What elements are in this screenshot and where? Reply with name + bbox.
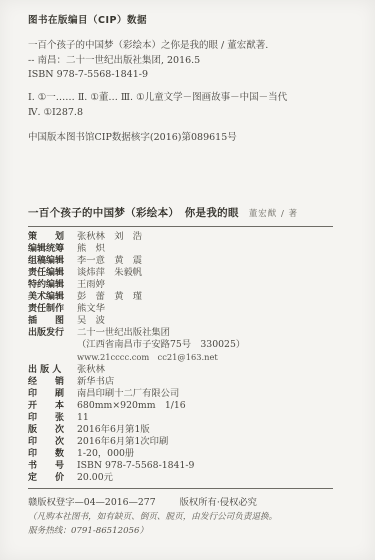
credit-value: 熊文华 xyxy=(77,303,105,315)
credit-label: 出 版 人 xyxy=(28,364,72,376)
credits-row: 美术编辑彭 蕾 黄 瑾 xyxy=(28,291,355,303)
credits-row: 出 版 人张秋林 xyxy=(28,364,355,376)
credit-label: 组稿编辑 xyxy=(28,255,72,267)
copyright-notice: 版权所有·侵权必究 xyxy=(180,497,257,508)
credit-value: 1-20，000册 xyxy=(77,448,134,460)
credits-row: 编辑统筹熊 炽 xyxy=(28,243,355,255)
credit-label: 版 次 xyxy=(28,424,72,436)
cip-classification: Ⅰ. ①一…… Ⅱ. ①董… Ⅲ. ①儿童文学－图画故事－中国－当代 Ⅳ. ①I… xyxy=(28,91,345,120)
credits-row: 印 刷南昌印刷十二厂有限公司 xyxy=(28,388,355,400)
credit-label: 编辑统筹 xyxy=(28,243,72,255)
book-author: 董宏猷 / 著 xyxy=(249,209,298,219)
classification-line1: Ⅰ. ①一…… Ⅱ. ①董… Ⅲ. ①儿童文学－图画故事－中国－当代 xyxy=(28,91,345,106)
credits-row: 策 划张秋林 刘 浩 xyxy=(28,231,355,243)
credit-label: 经 销 xyxy=(28,376,72,388)
isbn-value: ISBN 978-7-5568-1841-9 xyxy=(77,460,194,472)
credit-label: 书 号 xyxy=(28,460,72,472)
footer-registration-line: 赣版权登字—04—2016—277版权所有·侵权必究 xyxy=(28,494,355,508)
cip-registration-number: 中国版本图书馆CIP数据核字(2016)第089615号 xyxy=(28,129,237,143)
publisher-address: （江西省南昌市子安路75号 330025） xyxy=(77,339,245,351)
credit-value: 2016年6月第1版 xyxy=(77,424,150,436)
credit-label: 责任制作 xyxy=(28,303,72,315)
registration-number: 赣版权登字—04—2016—277 xyxy=(28,497,156,508)
credits-row: 开 本680mm×920mm 1/16 xyxy=(28,400,355,412)
credit-label: 印 数 xyxy=(28,448,72,460)
credit-label: 印 次 xyxy=(28,436,72,448)
credit-label: 开 本 xyxy=(28,400,72,412)
divider-top xyxy=(28,226,333,227)
credits-row: 组稿编辑李一意 黄 震 xyxy=(28,255,355,267)
credit-value: 李一意 黄 震 xyxy=(77,255,142,267)
credits-row: 出版发行二十一世纪出版社集团 xyxy=(28,327,355,339)
credits-row: 定 价20.00元 xyxy=(28,472,355,484)
credits-row: 书 号ISBN 978-7-5568-1841-9 xyxy=(28,460,355,472)
book-title-line: 一百个孩子的中国梦（彩绘本） 你是我的眼董宏猷 / 著 xyxy=(28,203,345,221)
service-note-line1: （凡购本社图书，如有缺页、倒页、脱页，由发行公司负责退换。 xyxy=(28,510,359,524)
cip-record-line1: 一百个孩子的中国梦（彩绘本）之你是我的眼 / 董宏猷著. xyxy=(28,39,345,54)
cip-record-line2: -- 南昌：二十一世纪出版社集团, 2016.5 xyxy=(28,54,345,69)
credit-value: 熊 炽 xyxy=(77,243,105,255)
credit-value: 680mm×920mm 1/16 xyxy=(77,400,186,412)
copyright-page: 图书在版编目（CIP）数据 一百个孩子的中国梦（彩绘本）之你是我的眼 / 董宏猷… xyxy=(0,0,375,560)
cip-record-line3: ISBN 978-7-5568-1841-9 xyxy=(28,68,345,83)
credit-label: 印 刷 xyxy=(28,388,72,400)
cip-record: 一百个孩子的中国梦（彩绘本）之你是我的眼 / 董宏猷著. -- 南昌：二十一世纪… xyxy=(28,39,345,83)
credit-label: 策 划 xyxy=(28,231,72,243)
publisher-website: www.21cccc.com cc21@163.net xyxy=(77,351,218,363)
credit-label: 插 图 xyxy=(28,315,72,327)
footer-service-note: （凡购本社图书，如有缺页、倒页、脱页，由发行公司负责退换。 服务热线：0791-… xyxy=(28,510,359,538)
credit-label: 定 价 xyxy=(28,472,72,484)
credits-row: 特约编辑王雨婷 xyxy=(28,279,355,291)
credit-label: 印 张 xyxy=(28,412,72,424)
credits-row-address: （江西省南昌市子安路75号 330025） xyxy=(28,339,355,351)
credit-value: 谈炜萍 朱毅帆 xyxy=(77,267,142,279)
credit-value: 11 xyxy=(77,412,89,424)
credit-label: 特约编辑 xyxy=(28,279,72,291)
credits-row: 印 张11 xyxy=(28,412,355,424)
classification-line2: Ⅳ. ①I287.8 xyxy=(28,106,345,121)
credits-row: 责任编辑谈炜萍 朱毅帆 xyxy=(28,267,355,279)
credit-label: 责任编辑 xyxy=(28,267,72,279)
book-title: 一百个孩子的中国梦（彩绘本） 你是我的眼 xyxy=(28,207,239,219)
credits-table: 策 划张秋林 刘 浩 编辑统筹熊 炽 组稿编辑李一意 黄 震 责任编辑谈炜萍 朱… xyxy=(28,231,355,484)
credit-value: 吴 波 xyxy=(77,315,105,327)
credits-row: 印 次2016年6月第1次印刷 xyxy=(28,436,355,448)
credits-row: 经 销新华书店 xyxy=(28,376,355,388)
credit-label: 美术编辑 xyxy=(28,291,72,303)
credits-row: 印 数1-20，000册 xyxy=(28,448,355,460)
service-note-line2: 服务热线：0791-86512056） xyxy=(28,524,359,538)
cip-heading: 图书在版编目（CIP）数据 xyxy=(28,12,147,26)
credits-row: 责任制作熊文华 xyxy=(28,303,355,315)
credits-row: 版 次2016年6月第1版 xyxy=(28,424,355,436)
credits-row-website: www.21cccc.com cc21@163.net xyxy=(28,351,355,363)
credit-value: 王雨婷 xyxy=(77,279,105,291)
credit-value: 二十一世纪出版社集团 xyxy=(77,327,170,339)
divider-bottom xyxy=(28,488,333,489)
credit-value: 新华书店 xyxy=(77,376,114,388)
credit-value: 张秋林 xyxy=(77,364,105,376)
credits-row: 插 图吴 波 xyxy=(28,315,355,327)
credit-value: 南昌印刷十二厂有限公司 xyxy=(77,388,179,400)
credit-value: 彭 蕾 黄 瑾 xyxy=(77,291,142,303)
credit-value: 2016年6月第1次印刷 xyxy=(77,436,168,448)
price-value: 20.00元 xyxy=(77,472,113,484)
credit-value: 张秋林 刘 浩 xyxy=(77,231,142,243)
credit-label: 出版发行 xyxy=(28,327,72,339)
